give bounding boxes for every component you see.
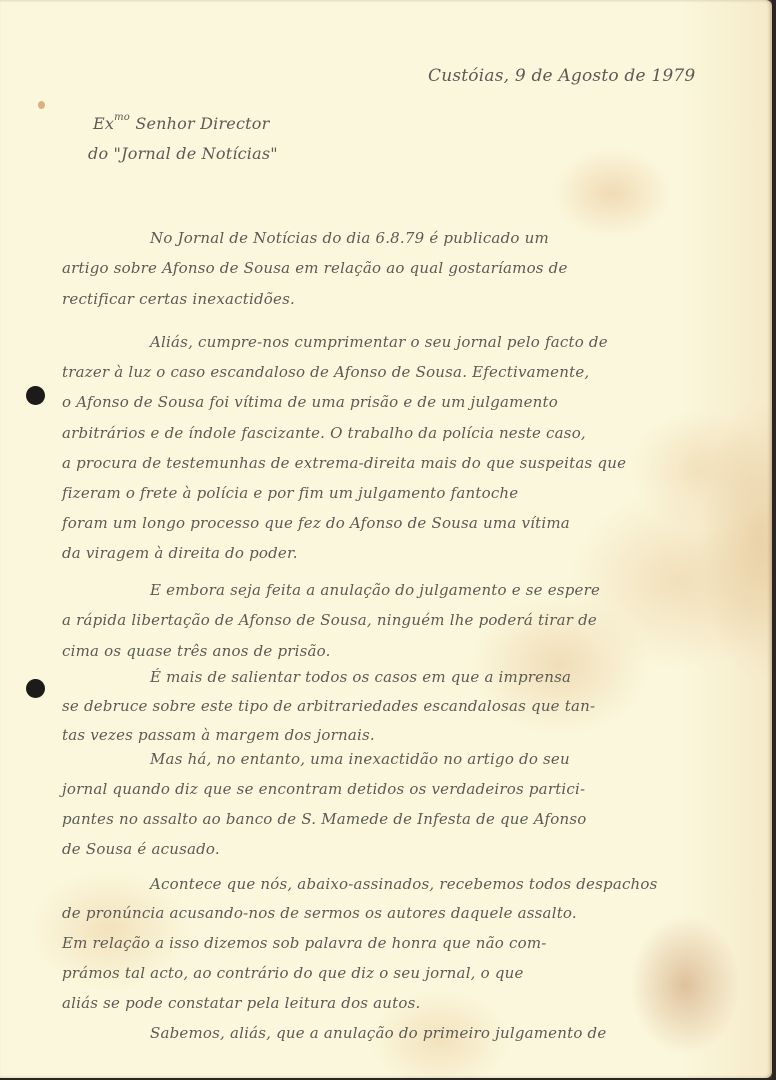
salutation-line-1: Exmo Senhor Director [93,114,269,133]
letter-line: a procura de testemunhas de extrema-dire… [62,454,626,472]
salutation-line-2: do "Jornal de Notícias" [88,144,278,163]
letter-line: É mais de salientar todos os casos em qu… [150,668,571,686]
ink-stain [38,101,45,109]
punch-hole-lower [26,679,45,698]
letter-page: Custóias, 9 de Agosto de 1979 Exmo Senho… [0,0,772,1078]
letter-line: a rápida libertação de Afonso de Sousa, … [62,611,597,629]
letter-line: Em relação a isso dizemos sob palavra de… [62,934,547,952]
letter-line: artigo sobre Afonso de Sousa em relação … [62,259,568,277]
letter-line: o Afonso de Sousa foi vítima de uma pris… [62,393,558,411]
letter-line: E embora seja feita a anulação do julgam… [150,581,600,599]
salutation-prefix: Ex [93,114,114,133]
letter-line: foram um longo processo que fez do Afons… [62,514,570,532]
letter-line: de pronúncia acusando-nos de sermos os a… [62,904,577,922]
page-edge-shadow [772,0,776,1080]
letter-line: pantes no assalto ao banco de S. Mamede … [62,810,586,828]
letter-line: Acontece que nós, abaixo-assinados, rece… [150,875,658,893]
letter-line: tas vezes passam à margem dos jornais. [62,726,375,744]
letter-line: prámos tal acto, ao contrário do que diz… [62,964,524,982]
salutation-superscript: mo [114,112,130,123]
letter-line: fizeram o frete à polícia e por fim um j… [62,484,518,502]
punch-hole-upper [26,386,45,405]
letter-line: cima os quase três anos de prisão. [62,642,331,660]
letter-line: da viragem à direita do poder. [62,544,298,562]
letter-line: No Jornal de Notícias do dia 6.8.79 é pu… [150,229,549,247]
letter-line: arbitrários e de índole fascizante. O tr… [62,424,586,442]
letter-line: aliás se pode constatar pela leitura dos… [62,994,421,1012]
letter-line: jornal quando diz que se encontram detid… [62,780,585,798]
letter-line: Mas há, no entanto, uma inexactidão no a… [150,750,570,768]
place-date: Custóias, 9 de Agosto de 1979 [428,66,695,86]
letter-line: se debruce sobre este tipo de arbitrarie… [62,697,595,715]
letter-line: rectificar certas inexactidões. [62,290,295,308]
letter-line: de Sousa é acusado. [62,840,220,858]
letter-line: trazer à luz o caso escandaloso de Afons… [62,363,589,381]
letter-line: Aliás, cumpre-nos cumprimentar o seu jor… [150,333,608,351]
salutation-title: Senhor Director [135,114,269,133]
letter-line: Sabemos, aliás, que a anulação do primei… [150,1024,606,1042]
